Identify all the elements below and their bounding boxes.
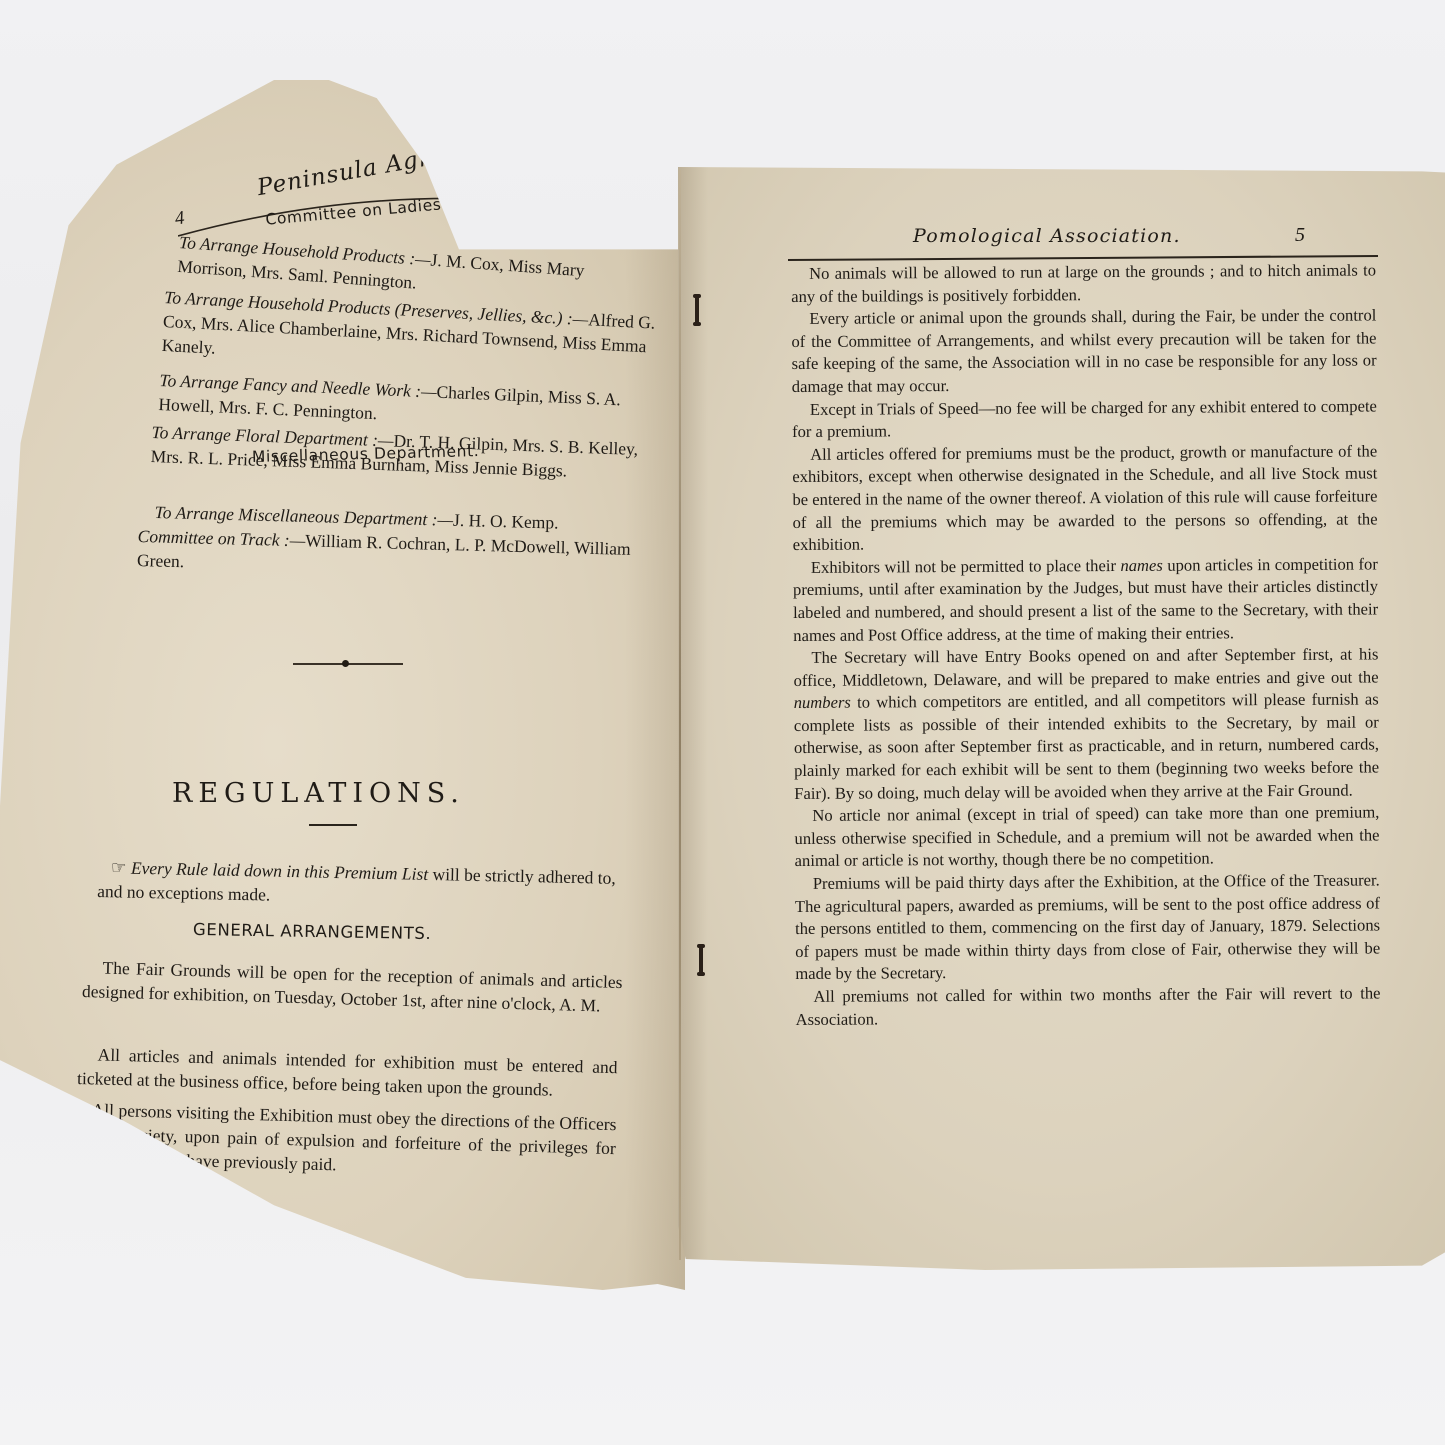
binding-staple	[695, 295, 699, 325]
photo-scene: Peninsula Agricultural and 4 Committee o…	[0, 0, 1445, 1445]
paragraph: Premiums will be paid thirty days after …	[795, 869, 1381, 986]
paragraph: Every article or animal upon the grounds…	[791, 305, 1377, 399]
left-page: Peninsula Agricultural and 4 Committee o…	[0, 80, 685, 1290]
title-rule	[309, 824, 357, 826]
regulations-body: No animals will be allowed to run at lar…	[791, 259, 1381, 1031]
paragraph: The Secretary will have Entry Books open…	[793, 644, 1379, 806]
regulations-title: REGULATIONS.	[172, 778, 465, 809]
paragraph: All articles offered for premiums must b…	[792, 440, 1378, 557]
right-page: Pomological Association. 5 No animals wi…	[678, 167, 1445, 1270]
paragraph: No animals will be allowed to run at lar…	[791, 259, 1376, 308]
running-head-right: Pomological Association.	[913, 225, 1181, 247]
page-number-right: 5	[1295, 224, 1305, 247]
pointing-hand-icon: ☞	[111, 857, 127, 877]
book-spine-gutter	[679, 170, 681, 1260]
paragraph: All persons visiting the Exhibition must…	[70, 1097, 617, 1184]
paragraph: All articles and animals intended for ex…	[77, 1042, 618, 1103]
binding-staple	[699, 945, 703, 975]
paragraph: All premiums not called for within two m…	[795, 982, 1380, 1031]
paragraph: Exhibitors will not be permitted to plac…	[793, 553, 1379, 647]
ornament-divider	[293, 660, 403, 668]
notice-paragraph: ☞ Every Rule laid down in this Premium L…	[97, 855, 628, 914]
paragraph: Except in Trials of Speed—no fee will be…	[792, 395, 1377, 444]
paragraph: No article nor animal (except in trial o…	[794, 802, 1379, 873]
paragraph: The Fair Grounds will be open for the re…	[82, 955, 623, 1018]
general-arrangements-title: GENERAL ARRANGEMENTS.	[193, 920, 432, 943]
